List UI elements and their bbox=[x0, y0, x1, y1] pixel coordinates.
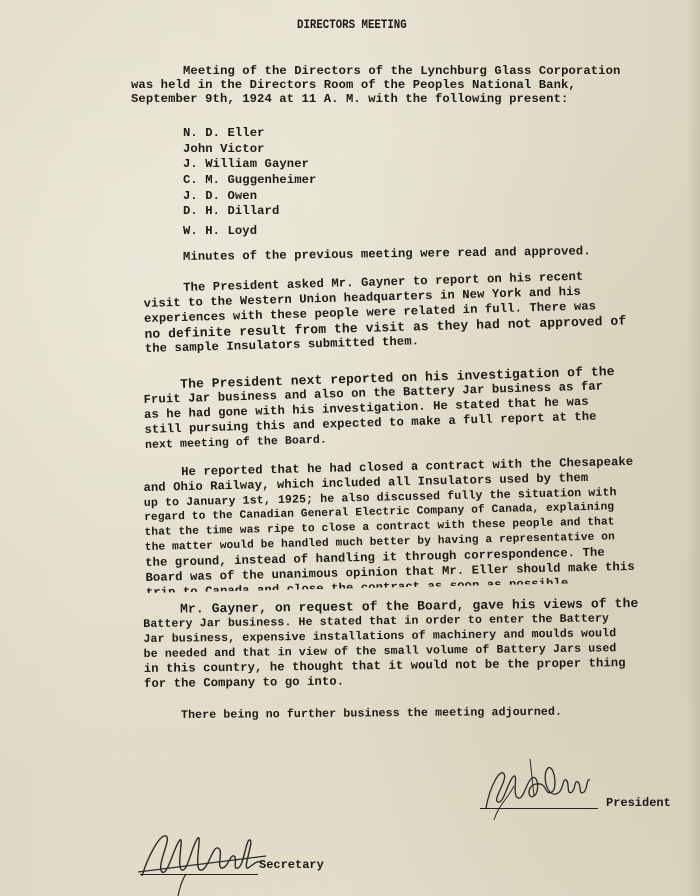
attendee-name: J. D. Owen bbox=[183, 189, 316, 205]
president-label: President bbox=[606, 796, 671, 810]
adjourned-line: There being no further business the meet… bbox=[181, 705, 562, 723]
president-signature-line bbox=[480, 808, 598, 809]
attendee-name: J. William Gayner bbox=[183, 157, 316, 173]
secretary-signature bbox=[138, 826, 268, 896]
paragraph-railway-contract: He reported that he had closed a contrac… bbox=[143, 455, 635, 593]
document-title: DIRECTORS MEETING bbox=[297, 18, 407, 32]
attendee-name: C. M. Guggenheimer bbox=[183, 173, 316, 189]
president-signature bbox=[478, 756, 608, 826]
intro-line: September 9th, 1924 at 11 A. M. with the… bbox=[131, 92, 576, 107]
attendee-name: W. H. Loyd bbox=[183, 224, 316, 240]
paper-edge-shadow bbox=[686, 0, 700, 896]
minutes-approved: Minutes of the previous meeting were rea… bbox=[183, 244, 591, 265]
paragraph-fruit-jar: The President next reported on his inves… bbox=[143, 364, 605, 453]
attendee-name: D. H. Dillard bbox=[183, 204, 316, 220]
intro-line: Meeting of the Directors of the Lynchbur… bbox=[183, 64, 628, 79]
attendee-name: N. D. Eller bbox=[183, 126, 316, 142]
attendee-name: John Victor bbox=[183, 142, 316, 158]
secretary-signature-line bbox=[140, 874, 258, 875]
intro-paragraph: Meeting of the Directors of the Lynchbur… bbox=[183, 64, 628, 109]
paragraph-battery-jar: Mr. Gayner, on request of the Board, gav… bbox=[143, 596, 626, 692]
attendee-list: N. D. Eller John Victor J. William Gayne… bbox=[183, 126, 316, 236]
secretary-label: Secretary bbox=[259, 858, 324, 872]
paragraph-western-union: The President asked Mr. Gayner to report… bbox=[143, 269, 627, 357]
intro-line: was held in the Directors Room of the Pe… bbox=[131, 78, 576, 93]
